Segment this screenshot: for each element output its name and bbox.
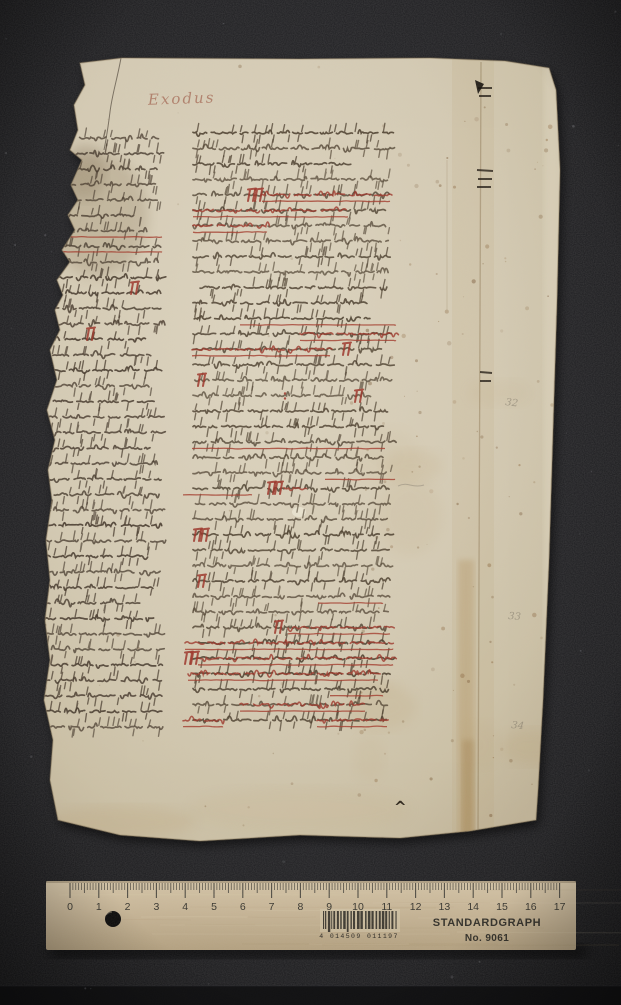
manuscript-photo: Exodus 32 33 34 ^ 4 014509 011197 STANDA… bbox=[0, 0, 621, 1005]
photo-vignette bbox=[0, 0, 621, 1005]
photo: Exodus 32 33 34 ^ 4 014509 011197 STANDA… bbox=[0, 0, 621, 1005]
